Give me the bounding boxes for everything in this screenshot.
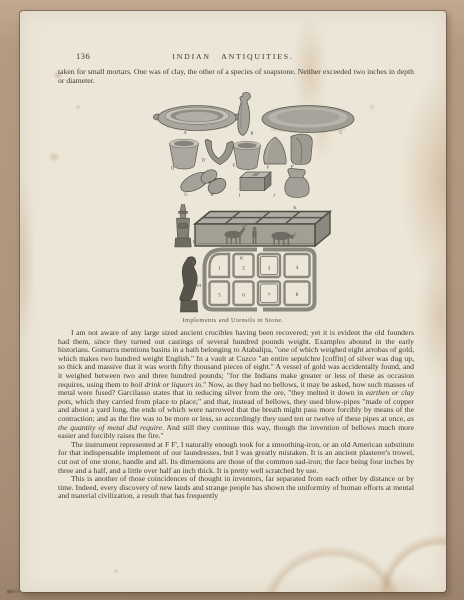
label-d-prime: D' [201,158,205,163]
plan-cell-7: 7 [268,294,271,299]
label-b: B [250,131,253,136]
stone-f2-drawing [291,134,312,164]
label-f: F [267,165,270,170]
plan-cell-8: 8 [296,293,299,298]
label-e: E [233,163,236,168]
engraving-figure: A B C [148,91,368,318]
box-plan-k2-drawing [205,250,315,310]
label-l: L [193,239,196,244]
figure-caption: Implements and Utensils in Stone. [20,317,446,324]
pestle-b-drawing [238,93,251,136]
label-g: G [184,192,188,197]
book-page: 136 INDIAN ANTIQUITIES. taken for small … [20,11,446,592]
label-a: A [183,130,187,135]
twin-stone-h-drawing [199,167,229,197]
label-c: C [339,130,342,135]
plate-c-drawing [262,106,354,133]
block-i-drawing [240,172,271,191]
label-k: K [293,205,297,210]
intro-paragraph: taken for small mortars. One was of clay… [58,68,414,85]
paragraph-trowel: The instrument represented at F F', I na… [58,441,414,475]
mortar-e-drawing [234,141,261,169]
yoke-d2-drawing [205,140,234,165]
label-j: J [273,193,275,198]
label-m: M [197,283,201,288]
stone-box-k-drawing [195,212,330,247]
body-text: I am not aware of any large sized ancien… [58,329,414,501]
label-i: I [239,193,241,198]
plan-cell-3: 3 [268,267,271,272]
plan-cell-5: 5 [218,294,221,299]
mortar-d-drawing [170,139,199,169]
running-title: INDIAN ANTIQUITIES. [20,52,446,61]
label-k-prime: K' [240,256,244,261]
statue-m-drawing [180,257,198,312]
bowl-a-drawing [153,106,240,131]
bag-j-drawing [285,169,309,198]
plan-cell-4: 4 [296,266,299,271]
paragraph-coincidences: This is another of those coincidences of… [58,475,414,501]
statue-l-drawing [175,205,191,248]
scanned-book-photo: 136 INDIAN ANTIQUITIES. taken for small … [0,0,464,600]
cone-f-drawing [264,137,287,164]
plan-cell-6: 6 [242,294,245,299]
plan-cell-2: 2 [242,267,245,272]
paragraph-crucibles: I am not aware of any large sized ancien… [58,329,414,441]
corner-smudge [7,590,23,593]
plan-cell-1: 1 [218,267,221,272]
